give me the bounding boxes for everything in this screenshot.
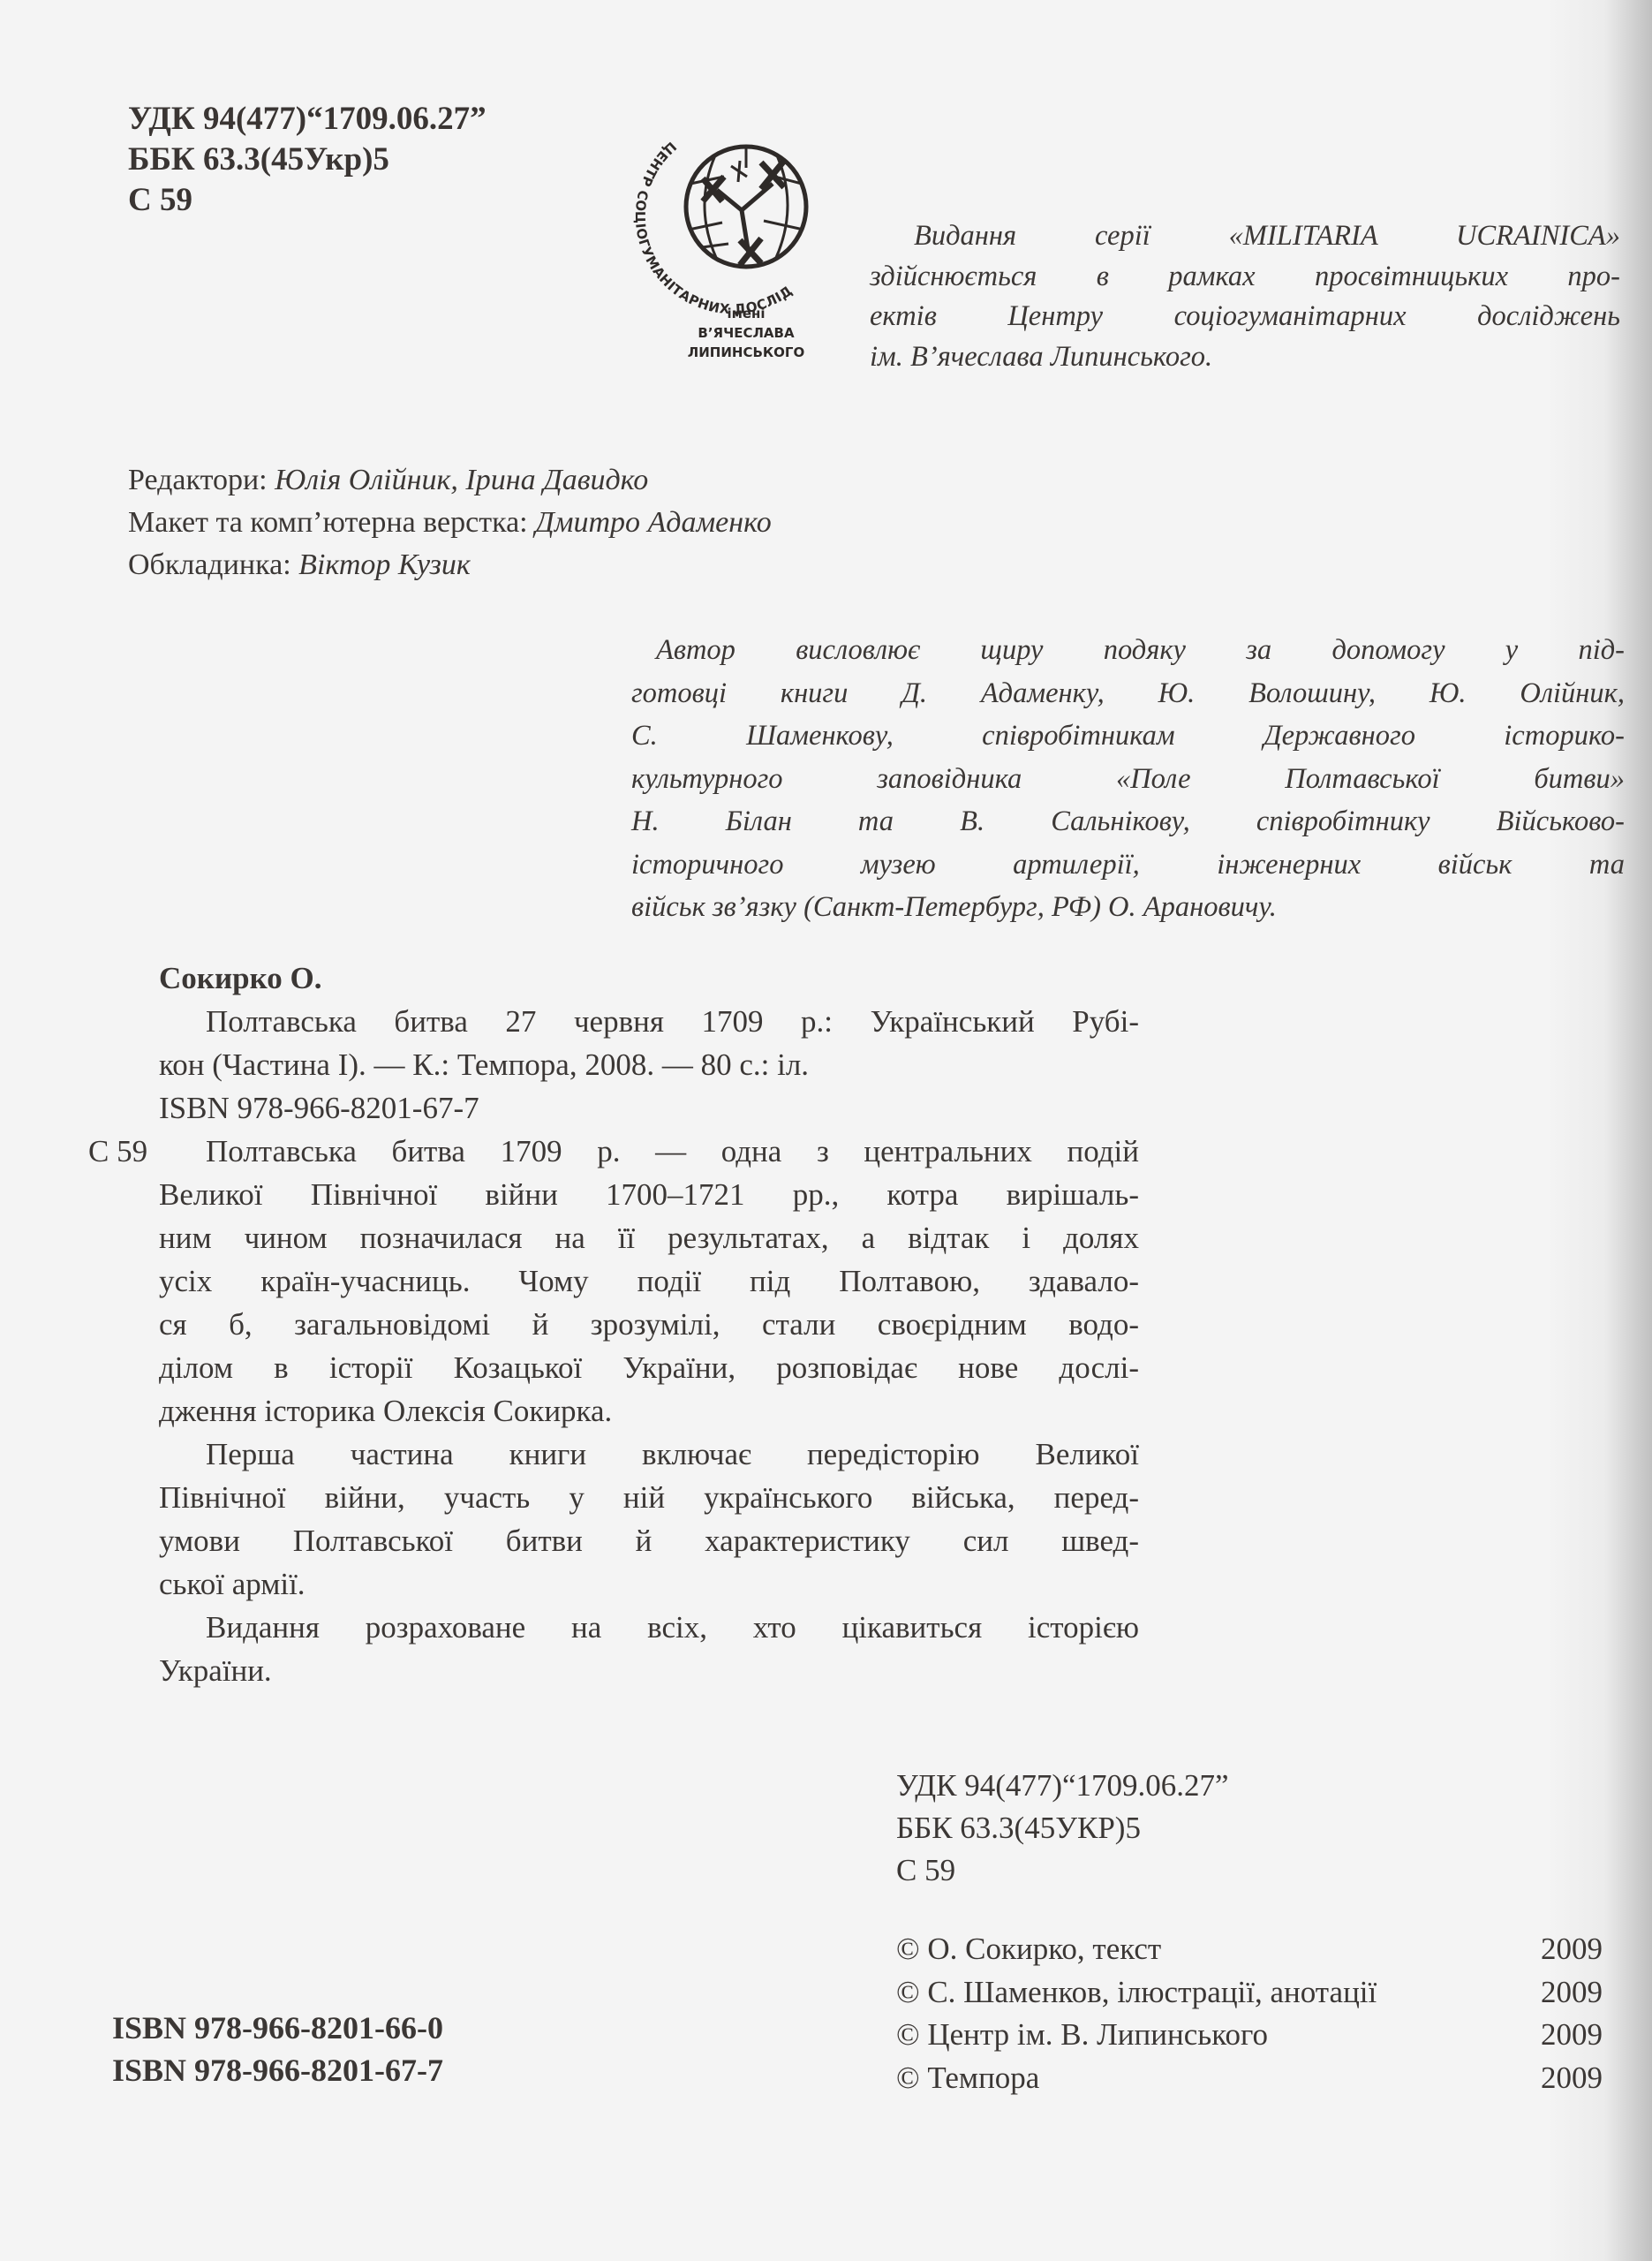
card-abstract-line: усіх країн-учасниць. Чому події під Полт… [88, 1259, 1139, 1303]
card-para3-line: Видання розраховане на всіх, хто цікавит… [88, 1606, 1139, 1649]
isbn-list: ISBN 978-966-8201-66-0 ISBN 978-966-8201… [112, 2007, 443, 2091]
credit-value: Юлія Олійник, Ірина Давидко [275, 464, 648, 496]
logo-line3: ЛИПИНСЬКОГО [688, 344, 804, 360]
card-author: Сокирко О. [88, 957, 1139, 1000]
copyright-year: 2009 [1541, 2057, 1603, 2100]
card-abstract-line: ним чином позначилася на її результатах,… [88, 1216, 1139, 1259]
globe-with-crosses-logo-icon: ЦЕНТР СОЦІОГУМАНІТАРНИХ ДОСЛІДЖЕНЬ імені… [618, 106, 848, 371]
bbk-code: ББК 63.3(45Укр)5 [128, 140, 487, 180]
copyright-row: © О. Сокирко, текст 2009 [896, 1928, 1603, 1971]
classification-top: УДК 94(477)“1709.06.27” ББК 63.3(45Укр)5… [128, 99, 487, 221]
ack-line: військ зв’язку (Санкт-Петербург, РФ) О. … [631, 886, 1625, 929]
series-line: ім. В’ячеслава Липинського. [870, 337, 1620, 378]
isbn-part: ISBN 978-966-8201-67-7 [112, 2049, 443, 2091]
copyright-year: 2009 [1541, 1928, 1603, 1971]
ack-line: С. Шаменкову, співробітникам Державного … [631, 715, 1625, 758]
card-title-line: Полтавська битва 27 червня 1709 р.: Укра… [88, 1000, 1139, 1043]
card-abstract-line: Полтавська битва 1709 р. — одна з центра… [88, 1130, 1139, 1173]
credits: Редактори: Юлія Олійник, Ірина Давидко М… [128, 459, 772, 586]
card-abstract-line: дження історика Олексія Сокирка. [88, 1389, 1139, 1433]
isbn-set: ISBN 978-966-8201-66-0 [112, 2007, 443, 2049]
card-para2-line: умови Полтавської битви й характеристику… [88, 1519, 1139, 1562]
logo-line1: імені [727, 306, 765, 321]
copyright-row: © С. Шаменков, ілюстрації, анотації 2009 [896, 1971, 1603, 2015]
publisher-logo: ЦЕНТР СОЦІОГУМАНІТАРНИХ ДОСЛІДЖЕНЬ імені… [618, 106, 848, 371]
copyright-holder: © О. Сокирко, текст [896, 1928, 1161, 1971]
card-code-row: С 59 Полтавська битва 1709 р. — одна з ц… [88, 1130, 1139, 1173]
series-note: Видання серії «MILITARIA UCRAINICA» здій… [870, 216, 1620, 377]
card-abstract-line: ся б, загальновідомі й зрозумілі, стали … [88, 1303, 1139, 1346]
card-para3-line: України. [88, 1649, 1139, 1692]
card-isbn: ISBN 978-966-8201-67-7 [88, 1086, 1139, 1130]
series-line: ектів Центру соціогуманітарних досліджен… [870, 297, 1620, 337]
copyright-row: © Центр ім. В. Липинського 2009 [896, 2014, 1603, 2057]
card-abstract-line: Великої Північної війни 1700–1721 рр., к… [88, 1173, 1139, 1216]
copyright-holder: © Центр ім. В. Липинського [896, 2014, 1268, 2057]
classification-bottom: УДК 94(477)“1709.06.27” ББК 63.3(45УКР)5… [896, 1765, 1229, 1892]
card-para2-line: Перша частина книги включає передісторію… [88, 1433, 1139, 1476]
udc-code: УДК 94(477)“1709.06.27” [128, 99, 487, 140]
copyright-year: 2009 [1541, 1971, 1603, 2015]
card-abstract-line: ділом в історії Козацької України, розпо… [88, 1346, 1139, 1389]
copyright-holder: © С. Шаменков, ілюстрації, анотації [896, 1971, 1377, 2015]
copyright-row: © Темпора 2009 [896, 2057, 1603, 2100]
ack-line: історичного музею артилерії, інженерних … [631, 843, 1625, 887]
author-mark: С 59 [896, 1849, 1229, 1892]
credit-label: Макет та комп’ютерна верстка: [128, 506, 535, 539]
card-code: С 59 [88, 1130, 147, 1173]
udc-code: УДК 94(477)“1709.06.27” [896, 1765, 1229, 1807]
copyright-year: 2009 [1541, 2014, 1603, 2057]
ack-line: готовці книги Д. Адаменку, Ю. Волошину, … [631, 672, 1625, 715]
svg-text:ЦЕНТР СОЦІОГУМАНІТАРНИХ ДОСЛІД: ЦЕНТР СОЦІОГУМАНІТАРНИХ ДОСЛІДЖЕНЬ [618, 106, 796, 317]
credit-layout: Макет та комп’ютерна верстка: Дмитро Ада… [128, 502, 772, 544]
credit-editors: Редактори: Юлія Олійник, Ірина Давидко [128, 459, 772, 502]
credit-value: Дмитро Адаменко [535, 506, 772, 539]
acknowledgement: Автор висловлює щиру подяку за допомогу … [631, 629, 1625, 929]
series-line: Видання серії «MILITARIA UCRAINICA» [870, 216, 1620, 257]
logo-line2: В’ЯЧЕСЛАВА [698, 325, 795, 341]
catalog-card: Сокирко О. Полтавська битва 27 червня 17… [88, 957, 1139, 1692]
logo-arc-text: ЦЕНТР СОЦІОГУМАНІТАРНИХ ДОСЛІДЖЕНЬ [618, 106, 796, 317]
ack-line: Автор висловлює щиру подяку за допомогу … [631, 629, 1625, 672]
series-line: здійснюється в рамках просвітницьких про… [870, 257, 1620, 298]
card-title-line: кон (Частина I). — К.: Темпора, 2008. — … [88, 1043, 1139, 1086]
ack-line: культурного заповідника «Поле Полтавсько… [631, 758, 1625, 801]
ack-line: Н. Білан та В. Сальнікову, співробітнику… [631, 800, 1625, 843]
bbk-code: ББК 63.3(45УКР)5 [896, 1807, 1229, 1849]
copyright-holder: © Темпора [896, 2057, 1039, 2100]
card-para2-line: ської армії. [88, 1562, 1139, 1606]
credit-value: Віктор Кузик [298, 548, 471, 581]
card-para2-line: Північної війни, участь у ній українсько… [88, 1476, 1139, 1519]
credit-cover: Обкладинка: Віктор Кузик [128, 544, 772, 586]
credit-label: Редактори: [128, 464, 275, 496]
copyright-list: © О. Сокирко, текст 2009 © С. Шаменков, … [896, 1928, 1603, 2099]
author-mark: С 59 [128, 180, 487, 221]
credit-label: Обкладинка: [128, 548, 298, 581]
